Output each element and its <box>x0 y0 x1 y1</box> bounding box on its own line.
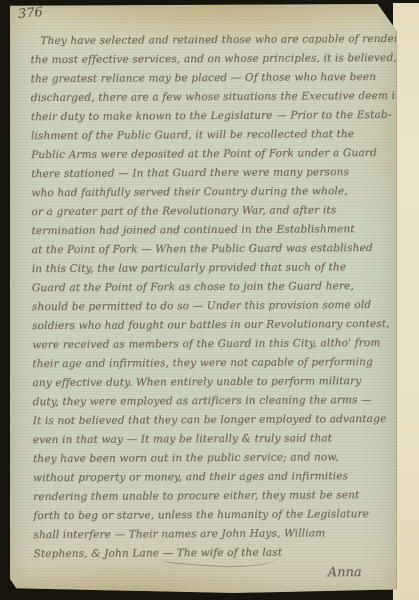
manuscript-line: even in that way — It may be literally &… <box>33 429 389 450</box>
manuscript-line: lishment of the Public Guard, it will be… <box>31 125 387 146</box>
manuscript-line: without property or money, and their age… <box>33 467 389 488</box>
manuscript-line: termination had joined and continued in … <box>31 220 387 241</box>
manuscript-line: or a greater part of the Revolutionary W… <box>31 201 387 222</box>
manuscript-line: in this City, the law particularly provi… <box>32 258 388 279</box>
manuscript-line: at the Point of Fork — When the Public G… <box>32 239 388 260</box>
manuscript-line: shall interfere — Their names are John H… <box>33 524 389 545</box>
manuscript-line: should be permitted to do so — Under thi… <box>32 296 388 317</box>
manuscript-line: who had faithfully served their Country … <box>31 182 387 203</box>
manuscript-line: were received as members of the Guard in… <box>32 334 388 355</box>
manuscript-leaf: 376 They have selected and retained thos… <box>10 4 397 593</box>
page-number: 376 <box>17 5 43 22</box>
manuscript-line: there stationed — In that Guard there we… <box>31 163 387 184</box>
manuscript-line: rendering them unable to procure either,… <box>33 486 389 507</box>
manuscript-line: Guard at the Point of Fork as chose to j… <box>32 277 388 298</box>
manuscript-line: duty, they were employed as artificers i… <box>33 391 389 412</box>
manuscript-line: the most effective services, and on whos… <box>30 49 386 70</box>
manuscript-text: They have selected and retained those wh… <box>30 30 389 586</box>
manuscript-line: they have been worn out in the public se… <box>33 448 389 469</box>
manuscript-line: They have selected and retained those wh… <box>30 30 386 51</box>
manuscript-line: forth to beg or starve, unless the human… <box>33 505 389 526</box>
manuscript-line: their duty to make known to the Legislat… <box>31 106 387 127</box>
scanned-manuscript-page: 376 They have selected and retained thos… <box>0 0 419 600</box>
manuscript-line: Public Arms were deposited at the Point … <box>31 144 387 165</box>
manuscript-line: their age and infirmities, they were not… <box>32 353 388 374</box>
manuscript-line: any effective duty. When entirely unable… <box>32 372 388 393</box>
manuscript-line: It is not believed that they can be long… <box>33 410 389 431</box>
manuscript-line: discharged, there are a few whose situat… <box>31 87 387 108</box>
manuscript-line: soldiers who had fought our battles in o… <box>32 315 388 336</box>
manuscript-line: the greatest reliance may be placed — Of… <box>31 68 387 89</box>
